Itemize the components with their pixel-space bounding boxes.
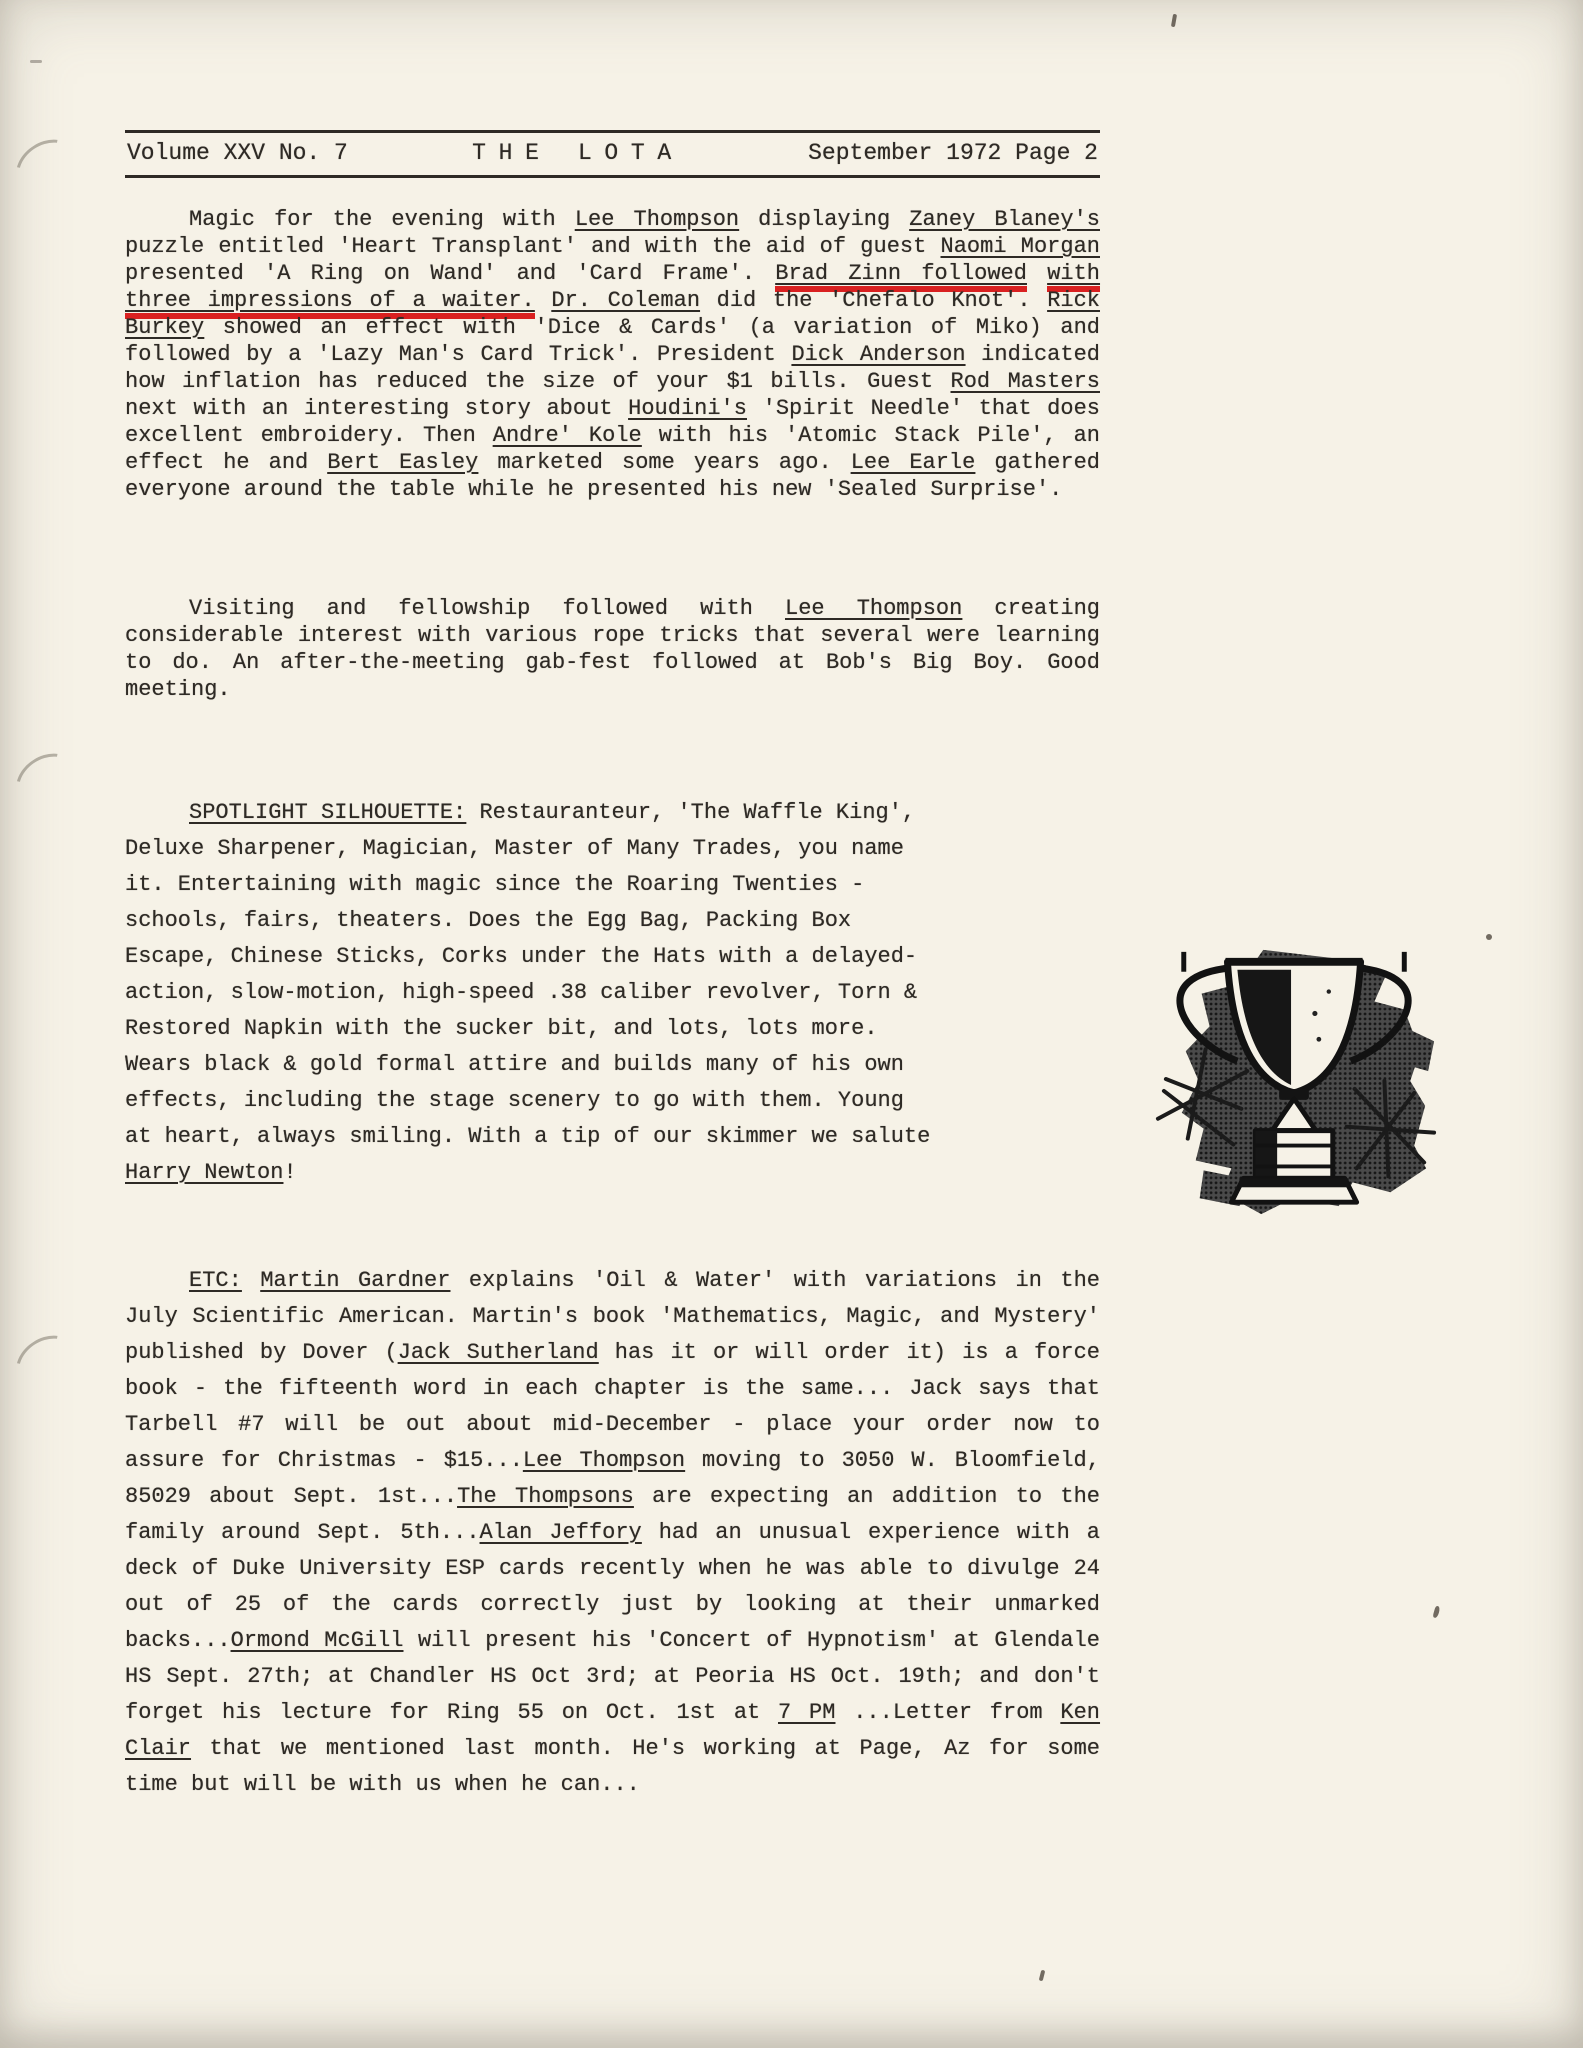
volume-label: Volume XXV No. 7 (127, 140, 348, 166)
para-spotlight-silhouette: SPOTLIGHT SILHOUETTE: Restauranteur, 'Th… (125, 795, 935, 1191)
underlined-name: SPOTLIGHT SILHOUETTE: (189, 800, 466, 825)
para-meeting-report: Magic for the evening with Lee Thompson … (125, 206, 1100, 503)
underlined-name: Lee Thompson (523, 1448, 685, 1473)
text-run: that we mentioned last month. He's worki… (125, 1736, 1100, 1797)
text-run: displaying (739, 207, 909, 232)
text-run: marketed some years ago. (478, 450, 850, 475)
scan-speck (1432, 1606, 1440, 1619)
underlined-name: Jack Sutherland (398, 1340, 599, 1365)
underlined-name: Lee Thompson (785, 596, 962, 621)
underlined-name: Dick Anderson (791, 342, 965, 367)
text-run: puzzle entitled 'Heart Transplant' and w… (125, 234, 941, 259)
scan-speck (1039, 1970, 1046, 1982)
text-run: presented 'A Ring on Wand' and 'Card Fra… (125, 261, 775, 286)
underlined-name: Harry Newton (125, 1160, 283, 1185)
underlined-name: Andre' Kole (493, 423, 642, 448)
binder-ring-mark (5, 742, 89, 822)
para-etc-news: ETC: Martin Gardner explains 'Oil & Wate… (125, 1263, 1100, 1803)
text-run: Visiting and fellowship followed with (189, 596, 785, 621)
underlined-name: The Thompsons (457, 1484, 634, 1509)
text-run (242, 1268, 261, 1293)
text-run: next with an interesting story about (125, 396, 628, 421)
underlined-name: Rod Masters (951, 369, 1100, 394)
text-run: ...Letter from (835, 1700, 1060, 1725)
masthead: Volume XXV No. 7 THE LOTA September 1972… (125, 130, 1100, 178)
page-content: Volume XXV No. 7 THE LOTA September 1972… (125, 130, 1100, 1803)
underlined-name: Zaney Blaney's (909, 207, 1100, 232)
underlined-name: Houdini's (628, 396, 747, 421)
date-page-label: September 1972 Page 2 (808, 140, 1098, 166)
trophy-illustration (1142, 932, 1454, 1230)
trophy-cup-svg (1142, 932, 1454, 1230)
underlined-name: Naomi Morgan (941, 234, 1100, 259)
text-run: Restauranteur, 'The Waffle King', Deluxe… (125, 800, 930, 1149)
scanned-newsletter-page: { "header": { "volume": "Volume XXV No. … (0, 0, 1583, 2048)
text-run: Magic for the evening with (189, 207, 575, 232)
underlined-name: Lee Earle (851, 450, 976, 475)
binder-ring-mark (5, 128, 89, 208)
scan-speck (30, 60, 42, 63)
scan-speck (1486, 934, 1492, 940)
text-run (1027, 261, 1047, 286)
underlined-name: 7 PM (778, 1700, 835, 1725)
scan-speck (1171, 14, 1177, 27)
newsletter-title: THE LOTA (472, 140, 684, 166)
text-run (535, 288, 552, 313)
underlined-name: Ormond McGill (231, 1628, 404, 1653)
text-run: ! (283, 1160, 296, 1185)
underlined-name: Bert Easley (327, 450, 478, 475)
para-fellowship-note: Visiting and fellowship followed with Le… (125, 595, 1100, 703)
text-run: did the 'Chefalo Knot'. (700, 288, 1047, 313)
underlined-name: Dr. Coleman (551, 288, 700, 313)
binder-ring-mark (5, 1324, 89, 1404)
underlined-name: Lee Thompson (575, 207, 739, 232)
underlined-name: Alan Jeffory (480, 1520, 642, 1545)
underlined-name: Martin Gardner (260, 1268, 450, 1293)
underlined-name: ETC: (189, 1268, 242, 1293)
